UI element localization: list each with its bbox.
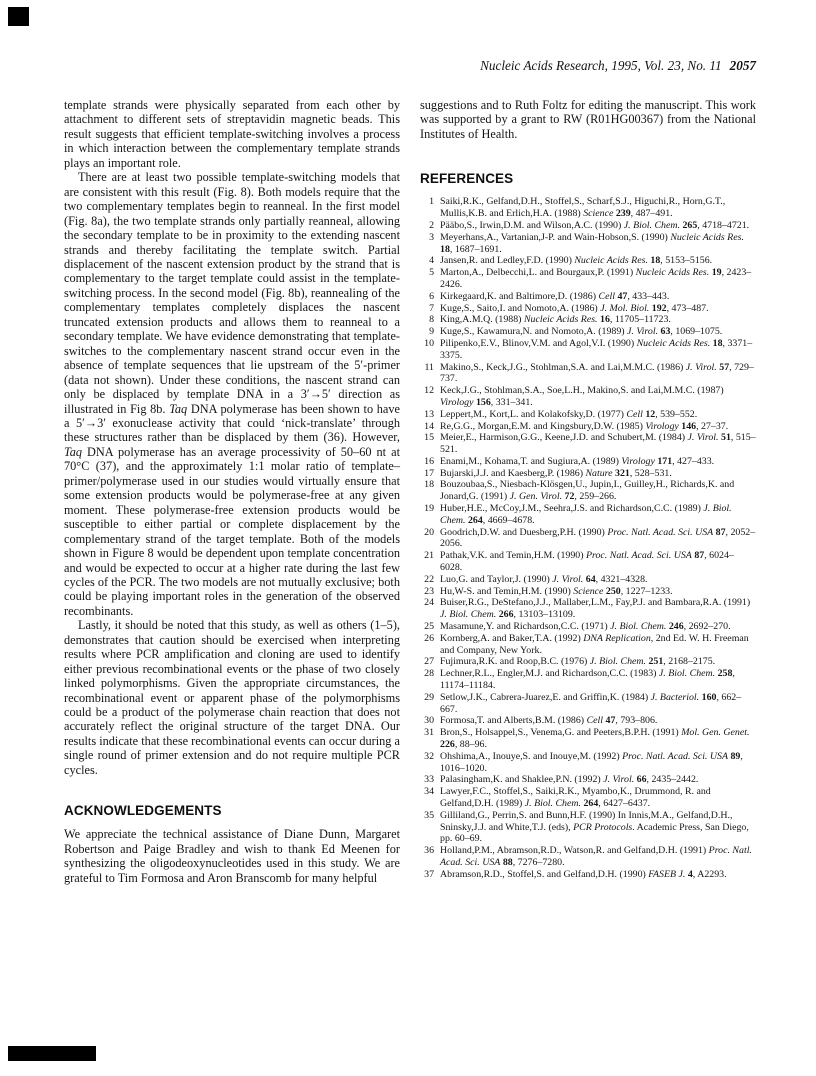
reference-text: Masamune,Y. and Richardson,C.C. (1971) J…	[440, 621, 756, 633]
reference-item: 27Fujimura,R.K. and Roop,B.C. (1976) J. …	[420, 656, 756, 668]
reference-item: 32Ohshima,A., Inouye,S. and Inouye,M. (1…	[420, 751, 756, 775]
reference-text: Lawyer,F.C., Stoffel,S., Saiki,R.K., Mya…	[440, 786, 756, 810]
reference-item: 25Masamune,Y. and Richardson,C.C. (1971)…	[420, 621, 756, 633]
left-column: template strands were physically separat…	[64, 98, 400, 885]
reference-item: 1Saiki,R.K., Gelfand,D.H., Stoffel,S., S…	[420, 196, 756, 220]
reference-item: 23Hu,W-S. and Temin,H.M. (1990) Science …	[420, 586, 756, 598]
reference-item: 10Pilipenko,E.V., Blinov,V.M. and Agol,V…	[420, 338, 756, 362]
reference-text: Lechner,R.L., Engler,M.J. and Richardson…	[440, 668, 756, 692]
reference-number: 24	[420, 597, 434, 621]
reference-text: Huber,H.E., McCoy,J.M., Seehra,J.S. and …	[440, 503, 756, 527]
reference-number: 23	[420, 586, 434, 598]
body-paragraphs: template strands were physically separat…	[64, 98, 400, 777]
reference-text: Jansen,R. and Ledley,F.D. (1990) Nucleic…	[440, 255, 756, 267]
reference-item: 21Pathak,V.K. and Temin,H.M. (1990) Proc…	[420, 550, 756, 574]
references-list: 1Saiki,R.K., Gelfand,D.H., Stoffel,S., S…	[420, 196, 756, 880]
reference-text: Makino,S., Keck,J.G., Stohlman,S.A. and …	[440, 362, 756, 386]
reference-item: 26Kornberg,A. and Baker,T.A. (1992) DNA …	[420, 633, 756, 657]
reference-text: Ohshima,A., Inouye,S. and Inouye,M. (199…	[440, 751, 756, 775]
reference-item: 16Enami,M., Kohama,T. and Sugiura,A. (19…	[420, 456, 756, 468]
reference-text: Bouzoubaa,S., Niesbach-Klösgen,U., Jupin…	[440, 479, 756, 503]
reference-number: 29	[420, 692, 434, 716]
reference-text: Setlow,J.K., Cabrera-Juarez,E. and Griff…	[440, 692, 756, 716]
reference-number: 7	[420, 303, 434, 315]
reference-text: Goodrich,D.W. and Duesberg,P.H. (1990) P…	[440, 527, 756, 551]
reference-number: 3	[420, 232, 434, 256]
reference-number: 8	[420, 314, 434, 326]
reference-number: 21	[420, 550, 434, 574]
reference-item: 14Re,G.G., Morgan,E.M. and Kingsbury,D.W…	[420, 421, 756, 433]
reference-text: Kuge,S., Saito,I. and Nomoto,A. (1986) J…	[440, 303, 756, 315]
reference-item: 2Pääbo,S., Irwin,D.M. and Wilson,A.C. (1…	[420, 220, 756, 232]
reference-number: 32	[420, 751, 434, 775]
paragraph: template strands were physically separat…	[64, 98, 400, 170]
reference-number: 10	[420, 338, 434, 362]
reference-text: Meier,E., Harmison,G.G., Keene,J.D. and …	[440, 432, 756, 456]
scan-artifact-bottom-left	[8, 1046, 96, 1061]
right-column: suggestions and to Ruth Foltz for editin…	[420, 98, 756, 881]
reference-text: Kirkegaard,K. and Baltimore,D. (1986) Ce…	[440, 291, 756, 303]
reference-number: 12	[420, 385, 434, 409]
reference-number: 36	[420, 845, 434, 869]
reference-text: Formosa,T. and Alberts,B.M. (1986) Cell …	[440, 715, 756, 727]
paragraph: There are at least two possible template…	[64, 170, 400, 618]
reference-text: Saiki,R.K., Gelfand,D.H., Stoffel,S., Sc…	[440, 196, 756, 220]
acknowledgements-continuation: suggestions and to Ruth Foltz for editin…	[420, 98, 756, 141]
reference-item: 24Buiser,R.G., DeStefano,J.J., Mallaber,…	[420, 597, 756, 621]
reference-item: 20Goodrich,D.W. and Duesberg,P.H. (1990)…	[420, 527, 756, 551]
reference-item: 3Meyerhans,A., Vartanian,J-P. and Wain-H…	[420, 232, 756, 256]
reference-item: 6Kirkegaard,K. and Baltimore,D. (1986) C…	[420, 291, 756, 303]
paragraph: Lastly, it should be noted that this stu…	[64, 618, 400, 777]
reference-text: Holland,P.M., Abramson,R.D., Watson,R. a…	[440, 845, 756, 869]
reference-number: 4	[420, 255, 434, 267]
reference-number: 30	[420, 715, 434, 727]
reference-item: 30Formosa,T. and Alberts,B.M. (1986) Cel…	[420, 715, 756, 727]
reference-number: 1	[420, 196, 434, 220]
reference-item: 36Holland,P.M., Abramson,R.D., Watson,R.…	[420, 845, 756, 869]
reference-text: Abramson,R.D., Stoffel,S. and Gelfand,D.…	[440, 869, 756, 881]
reference-item: 22Luo,G. and Taylor,J. (1990) J. Virol. …	[420, 574, 756, 586]
reference-number: 25	[420, 621, 434, 633]
reference-number: 31	[420, 727, 434, 751]
reference-item: 18Bouzoubaa,S., Niesbach-Klösgen,U., Jup…	[420, 479, 756, 503]
reference-text: Keck,J.G., Stohlman,S.A., Soe,L.H., Maki…	[440, 385, 756, 409]
reference-number: 18	[420, 479, 434, 503]
reference-number: 16	[420, 456, 434, 468]
reference-number: 22	[420, 574, 434, 586]
references-heading: REFERENCES	[420, 171, 756, 186]
running-header: Nucleic Acids Research, 1995, Vol. 23, N…	[64, 58, 756, 74]
reference-number: 26	[420, 633, 434, 657]
reference-text: Kuge,S., Kawamura,N. and Nomoto,A. (1989…	[440, 326, 756, 338]
reference-number: 20	[420, 527, 434, 551]
reference-number: 28	[420, 668, 434, 692]
reference-item: 34Lawyer,F.C., Stoffel,S., Saiki,R.K., M…	[420, 786, 756, 810]
reference-number: 35	[420, 810, 434, 845]
reference-item: 12Keck,J.G., Stohlman,S.A., Soe,L.H., Ma…	[420, 385, 756, 409]
reference-item: 29Setlow,J.K., Cabrera-Juarez,E. and Gri…	[420, 692, 756, 716]
reference-item: 4Jansen,R. and Ledley,F.D. (1990) Nuclei…	[420, 255, 756, 267]
reference-number: 27	[420, 656, 434, 668]
page-number: 2057	[730, 58, 756, 73]
reference-text: Enami,M., Kohama,T. and Sugiura,A. (1989…	[440, 456, 756, 468]
reference-item: 9Kuge,S., Kawamura,N. and Nomoto,A. (198…	[420, 326, 756, 338]
reference-text: Bron,S., Holsappel,S., Venema,G. and Pee…	[440, 727, 756, 751]
reference-item: 17Bujarski,J.J. and Kaesberg,P. (1986) N…	[420, 468, 756, 480]
reference-item: 8King,A.M.Q. (1988) Nucleic Acids Res. 1…	[420, 314, 756, 326]
paper-page: Nucleic Acids Research, 1995, Vol. 23, N…	[0, 0, 816, 1076]
reference-text: Bujarski,J.J. and Kaesberg,P. (1986) Nat…	[440, 468, 756, 480]
acknowledgements-heading: ACKNOWLEDGEMENTS	[64, 803, 400, 818]
reference-text: Pilipenko,E.V., Blinov,V.M. and Agol,V.I…	[440, 338, 756, 362]
reference-item: 7Kuge,S., Saito,I. and Nomoto,A. (1986) …	[420, 303, 756, 315]
reference-text: Hu,W-S. and Temin,H.M. (1990) Science 25…	[440, 586, 756, 598]
reference-number: 5	[420, 267, 434, 291]
reference-item: 28Lechner,R.L., Engler,M.J. and Richards…	[420, 668, 756, 692]
reference-text: Marton,A., Delbecchi,L. and Bourgaux,P. …	[440, 267, 756, 291]
reference-text: Gilliland,G., Perrin,S. and Bunn,H.F. (1…	[440, 810, 756, 845]
reference-number: 33	[420, 774, 434, 786]
reference-item: 33Palasingham,K. and Shaklee,P.N. (1992)…	[420, 774, 756, 786]
reference-item: 35Gilliland,G., Perrin,S. and Bunn,H.F. …	[420, 810, 756, 845]
reference-number: 17	[420, 468, 434, 480]
reference-number: 13	[420, 409, 434, 421]
reference-item: 15Meier,E., Harmison,G.G., Keene,J.D. an…	[420, 432, 756, 456]
reference-text: Palasingham,K. and Shaklee,P.N. (1992) J…	[440, 774, 756, 786]
reference-item: 19Huber,H.E., McCoy,J.M., Seehra,J.S. an…	[420, 503, 756, 527]
reference-item: 31Bron,S., Holsappel,S., Venema,G. and P…	[420, 727, 756, 751]
reference-text: Pääbo,S., Irwin,D.M. and Wilson,A.C. (19…	[440, 220, 756, 232]
reference-number: 9	[420, 326, 434, 338]
reference-text: Pathak,V.K. and Temin,H.M. (1990) Proc. …	[440, 550, 756, 574]
acknowledgements-text: We appreciate the technical assistance o…	[64, 827, 400, 885]
reference-text: Buiser,R.G., DeStefano,J.J., Mallaber,L.…	[440, 597, 756, 621]
reference-text: Kornberg,A. and Baker,T.A. (1992) DNA Re…	[440, 633, 756, 657]
reference-text: Leppert,M., Kort,L. and Kolakofsky,D. (1…	[440, 409, 756, 421]
two-column-layout: template strands were physically separat…	[64, 98, 756, 885]
reference-number: 6	[420, 291, 434, 303]
reference-item: 37Abramson,R.D., Stoffel,S. and Gelfand,…	[420, 869, 756, 881]
reference-text: Re,G.G., Morgan,E.M. and Kingsbury,D.W. …	[440, 421, 756, 433]
reference-number: 37	[420, 869, 434, 881]
reference-number: 2	[420, 220, 434, 232]
journal-citation: Nucleic Acids Research, 1995, Vol. 23, N…	[480, 58, 722, 73]
reference-text: Fujimura,R.K. and Roop,B.C. (1976) J. Bi…	[440, 656, 756, 668]
reference-item: 11Makino,S., Keck,J.G., Stohlman,S.A. an…	[420, 362, 756, 386]
reference-text: Luo,G. and Taylor,J. (1990) J. Virol. 64…	[440, 574, 756, 586]
reference-item: 5Marton,A., Delbecchi,L. and Bourgaux,P.…	[420, 267, 756, 291]
reference-item: 13Leppert,M., Kort,L. and Kolakofsky,D. …	[420, 409, 756, 421]
reference-number: 19	[420, 503, 434, 527]
reference-number: 11	[420, 362, 434, 386]
reference-number: 14	[420, 421, 434, 433]
reference-text: King,A.M.Q. (1988) Nucleic Acids Res. 16…	[440, 314, 756, 326]
scan-artifact-top-left	[8, 7, 29, 26]
reference-text: Meyerhans,A., Vartanian,J-P. and Wain-Ho…	[440, 232, 756, 256]
reference-number: 15	[420, 432, 434, 456]
reference-number: 34	[420, 786, 434, 810]
